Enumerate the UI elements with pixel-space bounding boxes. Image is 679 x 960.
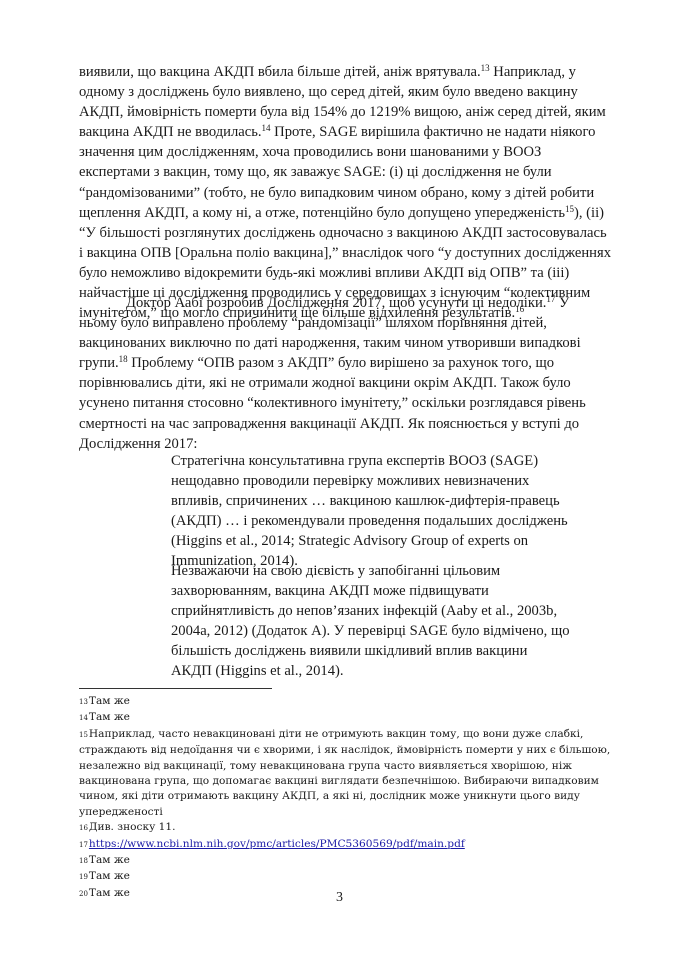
footnote-number: 16 (79, 824, 88, 832)
sentence: Проблему “ОПВ разом з АКДП” було вирішен… (79, 355, 586, 451)
body-paragraph-1: виявили, що вакцина АКДП вбила більше ді… (79, 62, 611, 323)
document-page: виявили, що вакцина АКДП вбила більше ді… (0, 0, 679, 960)
footnote-ref[interactable]: 18 (119, 354, 128, 364)
body-paragraph-2: Доктор Аабі розробив Дослідження 2017, щ… (79, 293, 611, 454)
block-quote-paragraph-2: Незважаючи на свою дієвість у запобіганн… (171, 561, 571, 682)
footnote-number: 17 (79, 841, 88, 849)
footnote-number: 15 (79, 731, 88, 739)
footnote-number: 18 (79, 857, 88, 865)
footnote-number: 19 (79, 873, 88, 881)
footnote-14: 14Там же (79, 710, 619, 726)
footnotes-list: 13Там же 14Там же 15Наприклад, часто нев… (79, 694, 619, 902)
footnote-17: 17https://www.ncbi.nlm.nih.gov/pmc/artic… (79, 837, 619, 853)
footnote-ref[interactable]: 13 (481, 63, 490, 73)
sentence: Доктор Аабі розробив Дослідження 2017, щ… (126, 295, 546, 311)
footnote-text: Див. зноску 11. (89, 821, 176, 833)
footnote-15: 15Наприклад, часто невакциновані діти не… (79, 727, 619, 820)
footnote-text: Там же (89, 854, 130, 866)
footnote-ref[interactable]: 15 (565, 204, 574, 214)
footnote-19: 19Там же (79, 869, 619, 885)
footnote-16: 16Див. зноску 11. (79, 820, 619, 836)
footnote-text: Там же (89, 695, 130, 707)
sentence: виявили, що вакцина АКДП вбила більше ді… (79, 64, 481, 80)
footnote-number: 13 (79, 698, 88, 706)
footnote-18: 18Там же (79, 853, 619, 869)
footnote-text: Там же (89, 870, 130, 882)
page-number: 3 (0, 890, 679, 906)
footnote-text: Наприклад, часто невакциновані діти не о… (79, 728, 610, 818)
footnote-number: 14 (79, 714, 88, 722)
block-quote-paragraph-1: Стратегічна консультативна група експерт… (171, 451, 571, 572)
footnote-text: Там же (89, 711, 130, 723)
footnote-13: 13Там же (79, 694, 619, 710)
footnote-ref[interactable]: 14 (262, 123, 271, 133)
footnote-link[interactable]: https://www.ncbi.nlm.nih.gov/pmc/article… (89, 838, 465, 850)
footnote-separator (79, 688, 272, 689)
